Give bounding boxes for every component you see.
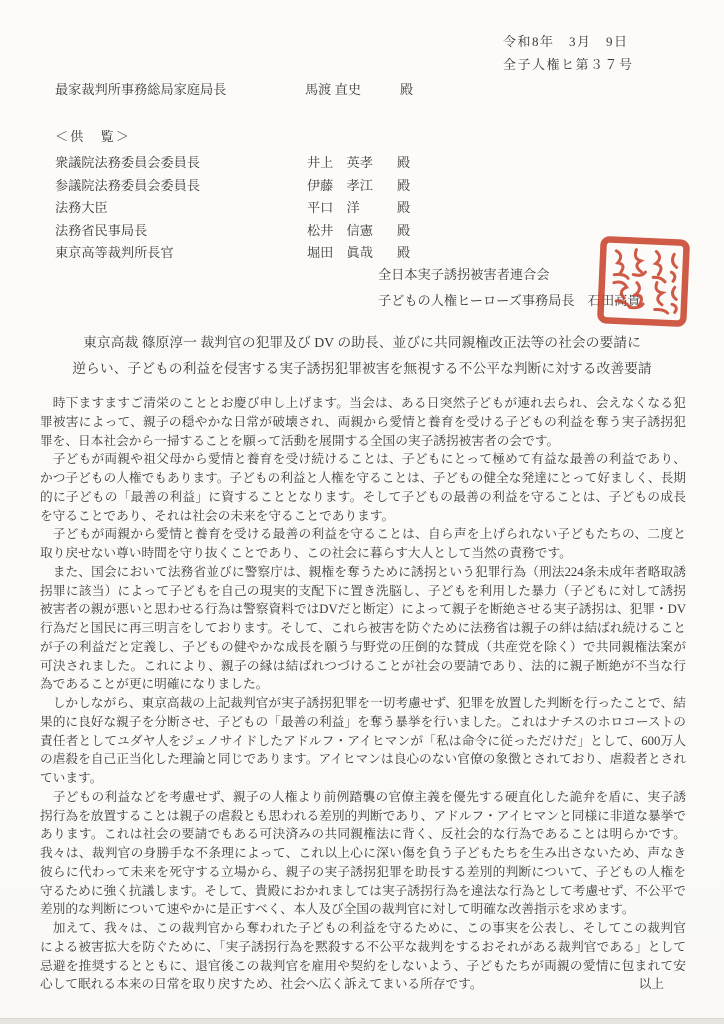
recipient-row: 東京高等裁判所長官 堀田 眞哉 殿 — [55, 242, 410, 265]
letter-body: 時下ますますご清栄のこととお慶び申し上げます。当会は、ある日突然子どもが連れ去ら… — [40, 394, 686, 994]
circulation-label: ＜供 覧＞ — [55, 126, 131, 145]
document-page: 令和8年 3月 9日 全子人権ヒ第３７号 最家裁判所事務総局家庭局長 馬渡 直史… — [0, 0, 724, 1024]
recipient-title: 衆議院法務委員会委員長 — [55, 152, 307, 175]
body-paragraph: 子どもが両親から愛情と養育を受ける最善の利益を守ることは、自ら声を上げられない子… — [40, 525, 686, 563]
recipient-honorific: 殿 — [397, 175, 410, 198]
addressee-name: 馬渡 直史 — [305, 79, 400, 98]
body-paragraph: 子どもが両親や祖父母から愛情と養育を受け続けることは、子どもにとって極めて有益な… — [40, 450, 686, 525]
body-paragraph: また、国会において法務省並びに警察庁は、親権を奪うために誘拐という犯罪行為（刑法… — [40, 563, 686, 694]
recipients-list: 衆議院法務委員会委員長 井上 英孝 殿 参議院法務委員会委員長 伊藤 孝江 殿 … — [55, 152, 410, 265]
scan-bottom-edge — [0, 1018, 724, 1024]
addressee-honorific: 殿 — [400, 79, 413, 98]
date-block: 令和8年 3月 9日 全子人権ヒ第３７号 — [503, 30, 634, 76]
recipient-name: 平口 洋 — [307, 197, 397, 220]
recipient-title: 法務大臣 — [55, 197, 307, 220]
recipient-row: 参議院法務委員会委員長 伊藤 孝江 殿 — [55, 175, 410, 198]
body-paragraph: 時下ますますご清栄のこととお慶び申し上げます。当会は、ある日突然子どもが連れ去ら… — [40, 394, 686, 450]
document-title-line2: 逆らい、子どもの利益を侵害する実子誘拐犯罪被害を無視する不公平な判断に対する改善… — [30, 356, 694, 382]
recipient-name: 井上 英孝 — [307, 152, 397, 175]
recipient-row: 衆議院法務委員会委員長 井上 英孝 殿 — [55, 152, 410, 175]
recipient-honorific: 殿 — [397, 197, 410, 220]
recipient-title: 法務省民事局長 — [55, 220, 307, 243]
addressee-line: 最家裁判所事務総局家庭局長 馬渡 直史 殿 — [55, 79, 413, 98]
recipient-name: 伊藤 孝江 — [307, 175, 397, 198]
document-title-line1: 東京高裁 篠原淳一 裁判官の犯罪及び DV の助長、並びに共同親権改正法等の社会… — [30, 330, 694, 356]
recipient-honorific: 殿 — [397, 220, 410, 243]
recipient-title: 東京高等裁判所長官 — [55, 242, 307, 265]
recipient-title: 参議院法務委員会委員長 — [55, 175, 307, 198]
addressee-title: 最家裁判所事務総局家庭局長 — [55, 79, 305, 98]
reference-number: 全子人権ヒ第３７号 — [503, 53, 634, 76]
document-date: 令和8年 3月 9日 — [503, 30, 634, 53]
red-seal-stamp-icon — [595, 234, 692, 329]
recipient-row: 法務省民事局長 松井 信憲 殿 — [55, 220, 410, 243]
body-paragraph: 子どもの利益などを考慮せず、親子の人権より前例踏襲の官僚主義を優先する硬直化した… — [40, 788, 686, 919]
document-title: 東京高裁 篠原淳一 裁判官の犯罪及び DV の助長、並びに共同親権改正法等の社会… — [30, 330, 694, 381]
body-paragraph: しかしながら、東京高裁の上記裁判官が実子誘拐犯罪を一切考慮せず、犯罪を放置した判… — [40, 694, 686, 788]
recipient-row: 法務大臣 平口 洋 殿 — [55, 197, 410, 220]
recipient-honorific: 殿 — [397, 152, 410, 175]
recipient-name: 松井 信憲 — [307, 220, 397, 243]
